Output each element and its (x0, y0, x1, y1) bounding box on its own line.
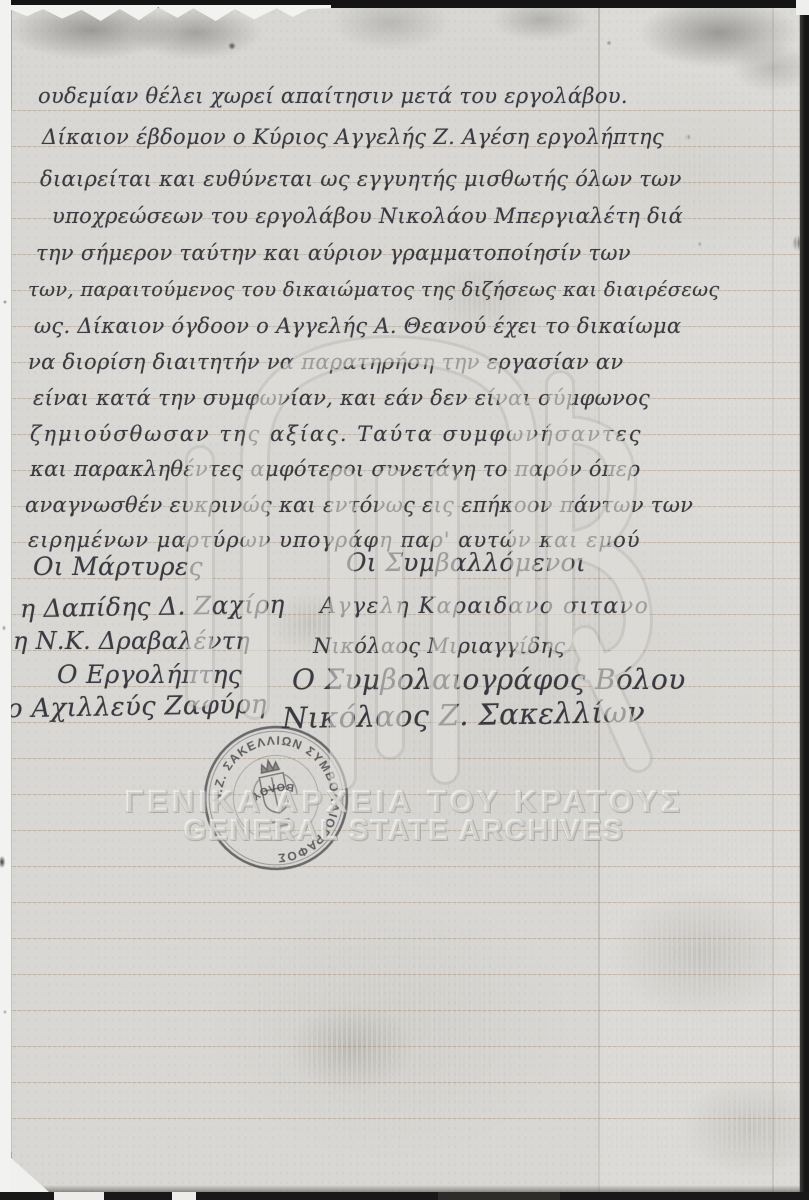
scan-left-margin (0, 0, 11, 1200)
scan-bottom-edge (0, 1192, 809, 1200)
watermark-text-english: GENERAL STATE ARCHIVES (0, 815, 809, 848)
gak-logo-strokes (200, 350, 638, 777)
gak-logo-watermark-icon (160, 330, 660, 790)
manuscript-line: ουδεμίαν θέλει χωρεί απαίτησιν μετά του … (38, 84, 628, 108)
manuscript-line: Δίκαιον έβδομον ο Κύριος Αγγελής Ζ. Αγέσ… (42, 125, 664, 149)
top-right-corner (796, 0, 809, 15)
bottom-edge-shadow (11, 1185, 800, 1192)
manuscript-line: διαιρείται και ευθύνεται ως εγγυητής μισ… (40, 167, 682, 191)
manuscript-line: υποχρεώσεων του εργολάβου Νικολάου Μπεργ… (52, 204, 683, 228)
scan-right-edge (800, 0, 809, 1200)
vertical-fold-crease-right (772, 8, 774, 1192)
scanned-document-page: ουδεμίαν θέλει χωρεί απαίτησιν μετά του … (0, 0, 809, 1200)
manuscript-line: την σήμερον ταύτην και αύριον γραμματοπο… (36, 241, 631, 265)
manuscript-line: των, παραιτούμενος του δικαιώματος της δ… (28, 278, 720, 301)
